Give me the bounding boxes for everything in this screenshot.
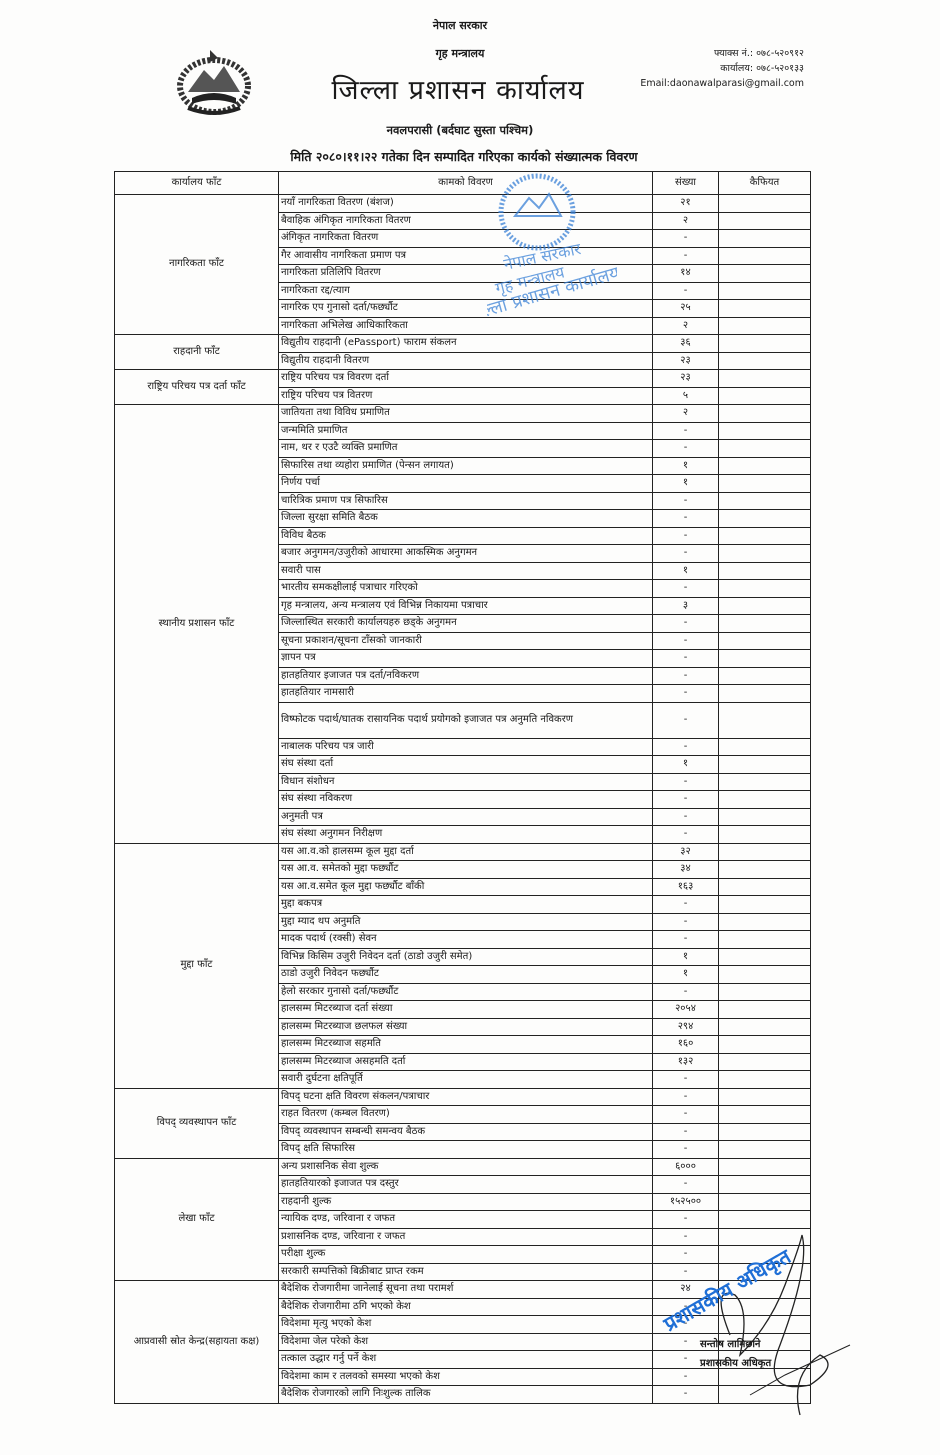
- work-description-cell: सवारी दुर्घटना क्षतिपूर्ति: [279, 1071, 653, 1089]
- count-cell: १: [653, 562, 719, 580]
- work-description-cell: विद्युतीय राहदानी (ePassport) फाराम संकल…: [279, 335, 653, 353]
- work-description-cell: हालसम्म मिटरब्याज सहमति: [279, 1036, 653, 1054]
- count-cell: -: [653, 1211, 719, 1229]
- count-cell: -: [653, 1368, 719, 1386]
- count-cell: २: [653, 212, 719, 230]
- fax-number: फ्याक्स नं.: ०७८-५२०९१२: [640, 46, 804, 61]
- remarks-cell: [719, 282, 811, 300]
- count-cell: -: [653, 773, 719, 791]
- count-cell: २: [653, 405, 719, 423]
- remarks-cell: [719, 1053, 811, 1071]
- work-description-cell: नागरिकता प्रतिलिपि वितरण: [279, 265, 653, 283]
- remarks-cell: [719, 545, 811, 563]
- work-description-cell: तत्काल उद्धार गर्नु पर्ने केश: [279, 1351, 653, 1369]
- remarks-cell: [719, 230, 811, 248]
- work-description-cell: निर्णय पर्चा: [279, 475, 653, 493]
- count-cell: १: [653, 756, 719, 774]
- work-description-cell: हातहतियार नामसारी: [279, 685, 653, 703]
- remarks-cell: [719, 1176, 811, 1194]
- count-cell: -: [653, 440, 719, 458]
- table-body: नागरिकता फाँटनयाँ नागरिकता वितरण (बंशज)२…: [115, 195, 811, 1404]
- remarks-cell: [719, 756, 811, 774]
- count-cell: -: [653, 247, 719, 265]
- remarks-cell: [719, 948, 811, 966]
- office-phone: कार्यालय: ०७८-५२०१३३: [640, 61, 804, 76]
- section-fant-cell: राष्ट्रिय परिचय पत्र दर्ता फाँट: [115, 370, 279, 405]
- count-cell: -: [653, 896, 719, 914]
- work-description-cell: ज्ञापन पत्र: [279, 650, 653, 668]
- count-cell: -: [653, 702, 719, 738]
- column-header-count: संख्या: [653, 172, 719, 195]
- remarks-cell: [719, 527, 811, 545]
- work-description-cell: मुद्दा बकपत्र: [279, 896, 653, 914]
- count-cell: २५: [653, 300, 719, 318]
- remarks-cell: [719, 317, 811, 335]
- remarks-cell: [719, 1386, 811, 1404]
- count-cell: -: [653, 1071, 719, 1089]
- remarks-cell: [719, 265, 811, 283]
- work-description-cell: संघ संस्था अनुगमन निरीक्षण: [279, 826, 653, 844]
- count-cell: -: [653, 527, 719, 545]
- remarks-cell: [719, 300, 811, 318]
- work-description-cell: मादक पदार्थ (रक्सी) सेवन: [279, 931, 653, 949]
- work-description-cell: विपद् घटना क्षति विवरण संकलन/पत्राचार: [279, 1088, 653, 1106]
- count-cell: -: [653, 1246, 719, 1264]
- remarks-cell: [719, 1106, 811, 1124]
- count-cell: १: [653, 457, 719, 475]
- government-name: नेपाल सरकार: [0, 18, 930, 33]
- section-fant-cell: नागरिकता फाँट: [115, 195, 279, 335]
- remarks-cell: [719, 1141, 811, 1159]
- remarks-cell: [719, 615, 811, 633]
- work-summary-table: कार्यालय फाँट कामको विवरण संख्या कैफियत …: [114, 171, 811, 1404]
- work-description-cell: विदेशमा काम र तलवको समस्या भएको केश: [279, 1368, 653, 1386]
- work-description-cell: विधान संशोधन: [279, 773, 653, 791]
- work-description-cell: बजार अनुगमन/उजुरीको आधारमा आकस्मिक अनुगम…: [279, 545, 653, 563]
- table-row: राष्ट्रिय परिचय पत्र दर्ता फाँटराष्ट्रिय…: [115, 370, 811, 388]
- count-cell: ३४: [653, 861, 719, 879]
- count-cell: ५: [653, 387, 719, 405]
- remarks-cell: [719, 913, 811, 931]
- count-cell: १३२: [653, 1053, 719, 1071]
- section-fant-cell: लेखा फाँट: [115, 1158, 279, 1281]
- work-description-cell: नागरिकता रद्द/त्याग: [279, 282, 653, 300]
- section-fant-cell: स्थानीय प्रशासन फाँट: [115, 405, 279, 844]
- work-description-cell: जन्ममिति प्रमाणित: [279, 422, 653, 440]
- count-cell: २३: [653, 352, 719, 370]
- work-description-cell: राहदानी शुल्क: [279, 1193, 653, 1211]
- count-cell: -: [653, 492, 719, 510]
- count-cell: -: [653, 615, 719, 633]
- work-description-cell: हातहतियारको इजाजत पत्र दस्तुर: [279, 1176, 653, 1194]
- work-description-cell: नाबालक परिचय पत्र जारी: [279, 738, 653, 756]
- work-description-cell: हेलो सरकार गुनासो दर्ता/फर्छ्यौट: [279, 983, 653, 1001]
- work-description-cell: संघ संस्था दर्ता: [279, 756, 653, 774]
- work-description-cell: विदेशमा जेल परेको केश: [279, 1333, 653, 1351]
- count-cell: १६०: [653, 1036, 719, 1054]
- table-row: मुद्दा फाँटयस आ.व.को हालसम्म कूल मुद्दा …: [115, 843, 811, 861]
- work-description-cell: जिल्लास्थित सरकारी कार्यालयहरु छड्के अनु…: [279, 615, 653, 633]
- remarks-cell: [719, 1193, 811, 1211]
- count-cell: २: [653, 317, 719, 335]
- count-cell: -: [653, 580, 719, 598]
- remarks-cell: [719, 667, 811, 685]
- remarks-cell: [719, 1071, 811, 1089]
- remarks-cell: [719, 878, 811, 896]
- remarks-cell: [719, 212, 811, 230]
- remarks-cell: [719, 632, 811, 650]
- work-description-cell: जातियता तथा विविध प्रमाणित: [279, 405, 653, 423]
- section-fant-cell: आप्रवासी स्रोत केन्द्र(सहायता कक्ष): [115, 1281, 279, 1404]
- work-description-cell: अनुमती पत्र: [279, 808, 653, 826]
- work-description-cell: संघ संस्था नविकरण: [279, 791, 653, 809]
- work-description-cell: विपद् व्यवस्थापन सम्बन्धी समन्वय बैठक: [279, 1123, 653, 1141]
- work-description-cell: अंगिकृत नागरिकता वितरण: [279, 230, 653, 248]
- count-cell: ३: [653, 597, 719, 615]
- count-cell: ३२: [653, 843, 719, 861]
- remarks-cell: [719, 808, 811, 826]
- count-cell: ६०००: [653, 1158, 719, 1176]
- count-cell: -: [653, 632, 719, 650]
- remarks-cell: [719, 562, 811, 580]
- remarks-cell: [719, 685, 811, 703]
- count-cell: -: [653, 1263, 719, 1281]
- work-description-cell: अन्य प्रशासनिक सेवा शुल्क: [279, 1158, 653, 1176]
- count-cell: -: [653, 1176, 719, 1194]
- remarks-cell: [719, 1123, 811, 1141]
- work-description-cell: हालसम्म मिटरब्याज असहमति दर्ता: [279, 1053, 653, 1071]
- remarks-cell: [719, 861, 811, 879]
- work-description-cell: बैवाहिक अंगिकृत नागरिकता वितरण: [279, 212, 653, 230]
- work-description-cell: जिल्ला सुरक्षा समिति बैठक: [279, 510, 653, 528]
- remarks-cell: [719, 738, 811, 756]
- remarks-cell: [719, 896, 811, 914]
- work-description-cell: नागरिकता अभिलेख आधिकारिकता: [279, 317, 653, 335]
- remarks-cell: [719, 966, 811, 984]
- work-description-cell: हालसम्म मिटरब्याज दर्ता संख्या: [279, 1001, 653, 1019]
- remarks-cell: [719, 983, 811, 1001]
- remarks-cell: [719, 475, 811, 493]
- count-cell: -: [653, 1228, 719, 1246]
- remarks-cell: [719, 702, 811, 738]
- count-cell: १: [653, 966, 719, 984]
- work-description-cell: ठाडो उजुरी निवेदन फर्छ्यौट: [279, 966, 653, 984]
- count-cell: १६३: [653, 878, 719, 896]
- work-description-cell: मुद्दा म्याद थप अनुमति: [279, 913, 653, 931]
- count-cell: -: [653, 282, 719, 300]
- work-description-cell: विदेशमा मृत्यु भएको केश: [279, 1316, 653, 1334]
- remarks-cell: [719, 1368, 811, 1386]
- count-cell: -: [653, 808, 719, 826]
- work-description-cell: यस आ.व.को हालसम्म कूल मुद्दा दर्ता: [279, 843, 653, 861]
- remarks-cell: [719, 195, 811, 213]
- signatory-designation: प्रशासकीय अधिकृत: [700, 1355, 771, 1369]
- remarks-cell: [719, 387, 811, 405]
- work-description-cell: विष्फोटक पदार्थ/घातक रासायनिक पदार्थ प्र…: [279, 702, 653, 738]
- remarks-cell: [719, 1158, 811, 1176]
- work-description-cell: प्रशासनिक दण्ड, जरिवाना र जफत: [279, 1228, 653, 1246]
- remarks-cell: [719, 826, 811, 844]
- count-cell: १: [653, 475, 719, 493]
- work-description-cell: यस आ.व.समेत कूल मुद्दा फर्छ्यौट बाँकी: [279, 878, 653, 896]
- remarks-cell: [719, 422, 811, 440]
- count-cell: ३६: [653, 335, 719, 353]
- count-cell: -: [653, 931, 719, 949]
- remarks-cell: [719, 597, 811, 615]
- count-cell: २०५४: [653, 1001, 719, 1019]
- column-header-remarks: कैफियत: [719, 172, 811, 195]
- remarks-cell: [719, 510, 811, 528]
- work-description-cell: सिफारिस तथा व्यहोरा प्रमाणित (पेन्सन लगा…: [279, 457, 653, 475]
- remarks-cell: [719, 335, 811, 353]
- work-description-cell: बैदेशिक रोजगारीमा जानेलाई सूचना तथा पराम…: [279, 1281, 653, 1299]
- count-cell: २९४: [653, 1018, 719, 1036]
- work-description-cell: बैदेशिक रोजगारको लागि निःशुल्क तालिक: [279, 1386, 653, 1404]
- count-cell: -: [653, 422, 719, 440]
- remarks-cell: [719, 1211, 811, 1229]
- work-description-cell: विभिन्न किसिम उजुरी निवेदन दर्ता (ठाडो उ…: [279, 948, 653, 966]
- table-row: नागरिकता फाँटनयाँ नागरिकता वितरण (बंशज)२…: [115, 195, 811, 213]
- count-cell: १५२५००: [653, 1193, 719, 1211]
- work-description-cell: यस आ.व. समेतको मुद्दा फर्छ्यौट: [279, 861, 653, 879]
- count-cell: १: [653, 948, 719, 966]
- work-description-cell: विविध बैठक: [279, 527, 653, 545]
- remarks-cell: [719, 1036, 811, 1054]
- remarks-cell: [719, 457, 811, 475]
- count-cell: -: [653, 1123, 719, 1141]
- count-cell: १४: [653, 265, 719, 283]
- remarks-cell: [719, 791, 811, 809]
- remarks-cell: [719, 247, 811, 265]
- count-cell: -: [653, 650, 719, 668]
- count-cell: -: [653, 1386, 719, 1404]
- work-description-cell: भारतीय समकक्षीलाई पत्राचार गरिएको: [279, 580, 653, 598]
- count-cell: २३: [653, 370, 719, 388]
- table-row: राहदानी फाँटविद्युतीय राहदानी (ePassport…: [115, 335, 811, 353]
- section-fant-cell: विपद् व्यवस्थापन फाँट: [115, 1088, 279, 1158]
- work-description-cell: राहत वितरण (कम्बल वितरण): [279, 1106, 653, 1124]
- document-title: मिति २०८०।११।२२ गतेका दिन सम्पादित गरिएक…: [0, 148, 934, 165]
- count-cell: -: [653, 545, 719, 563]
- work-description-cell: विपद् क्षति सिफारिस: [279, 1141, 653, 1159]
- section-fant-cell: मुद्दा फाँट: [115, 843, 279, 1088]
- work-description-cell: न्यायिक दण्ड, जरिवाना र जफत: [279, 1211, 653, 1229]
- column-header-description: कामको विवरण: [279, 172, 653, 195]
- work-description-cell: नाम, थर र एउटै व्यक्ति प्रमाणित: [279, 440, 653, 458]
- remarks-cell: [719, 931, 811, 949]
- remarks-cell: [719, 352, 811, 370]
- work-description-cell: गृह मन्त्रालय, अन्य मन्त्रालय एवं विभिन्…: [279, 597, 653, 615]
- table-header-row: कार्यालय फाँट कामको विवरण संख्या कैफियत: [115, 172, 811, 195]
- count-cell: -: [653, 667, 719, 685]
- remarks-cell: [719, 440, 811, 458]
- remarks-cell: [719, 650, 811, 668]
- signatory-name: सन्तोष लामिछाने: [700, 1336, 760, 1350]
- remarks-cell: [719, 773, 811, 791]
- work-description-cell: परीक्षा शुल्क: [279, 1246, 653, 1264]
- work-description-cell: राष्ट्रिय परिचय पत्र विवरण दर्ता: [279, 370, 653, 388]
- remarks-cell: [719, 405, 811, 423]
- count-cell: -: [653, 230, 719, 248]
- count-cell: -: [653, 1141, 719, 1159]
- work-description-cell: चारित्रिक प्रमाण पत्र सिफारिस: [279, 492, 653, 510]
- count-cell: -: [653, 1106, 719, 1124]
- remarks-cell: [719, 1316, 811, 1334]
- remarks-cell: [719, 843, 811, 861]
- table-row: लेखा फाँटअन्य प्रशासनिक सेवा शुल्क६०००: [115, 1158, 811, 1176]
- count-cell: -: [653, 913, 719, 931]
- column-header-fant: कार्यालय फाँट: [115, 172, 279, 195]
- work-description-cell: सूचना प्रकाशन/सूचना टाँसको जानकारी: [279, 632, 653, 650]
- work-description-cell: राष्ट्रिय परिचय पत्र वितरण: [279, 387, 653, 405]
- section-fant-cell: राहदानी फाँट: [115, 335, 279, 370]
- district-name: नवलपरासी (बर्दघाट सुस्ता पश्चिम): [0, 123, 930, 138]
- count-cell: -: [653, 826, 719, 844]
- work-description-cell: नयाँ नागरिकता वितरण (बंशज): [279, 195, 653, 213]
- count-cell: २१: [653, 195, 719, 213]
- count-cell: -: [653, 685, 719, 703]
- work-description-cell: हालसम्म मिटरब्याज छलफल संख्या: [279, 1018, 653, 1036]
- remarks-cell: [719, 1228, 811, 1246]
- remarks-cell: [719, 1088, 811, 1106]
- count-cell: -: [653, 983, 719, 1001]
- table-row: स्थानीय प्रशासन फाँटजातियता तथा विविध प्…: [115, 405, 811, 423]
- count-cell: -: [653, 1088, 719, 1106]
- contact-info: फ्याक्स नं.: ०७८-५२०९१२ कार्यालय: ०७८-५२…: [640, 46, 804, 91]
- work-description-cell: सवारी पास: [279, 562, 653, 580]
- work-description-cell: नागरिक एप गुनासो दर्ता/फर्छ्यौट: [279, 300, 653, 318]
- work-description-cell: हातहतियार इजाजत पत्र दर्ता/नविकरण: [279, 667, 653, 685]
- remarks-cell: [719, 1018, 811, 1036]
- work-description-cell: सरकारी सम्पत्तिको बिक्रीबाट प्राप्त रकम: [279, 1263, 653, 1281]
- email-address: Email:daonawalparasi@gmail.com: [640, 76, 804, 91]
- count-cell: -: [653, 510, 719, 528]
- remarks-cell: [719, 492, 811, 510]
- table-row: विपद् व्यवस्थापन फाँटविपद् घटना क्षति वि…: [115, 1088, 811, 1106]
- count-cell: -: [653, 791, 719, 809]
- count-cell: -: [653, 738, 719, 756]
- work-description-cell: गैर आवासीय नागरिकता प्रमाण पत्र: [279, 247, 653, 265]
- remarks-cell: [719, 580, 811, 598]
- work-description-cell: बैदेशिक रोजगारीमा ठगि भएको केश: [279, 1298, 653, 1316]
- remarks-cell: [719, 1001, 811, 1019]
- remarks-cell: [719, 370, 811, 388]
- work-description-cell: विद्युतीय राहदानी वितरण: [279, 352, 653, 370]
